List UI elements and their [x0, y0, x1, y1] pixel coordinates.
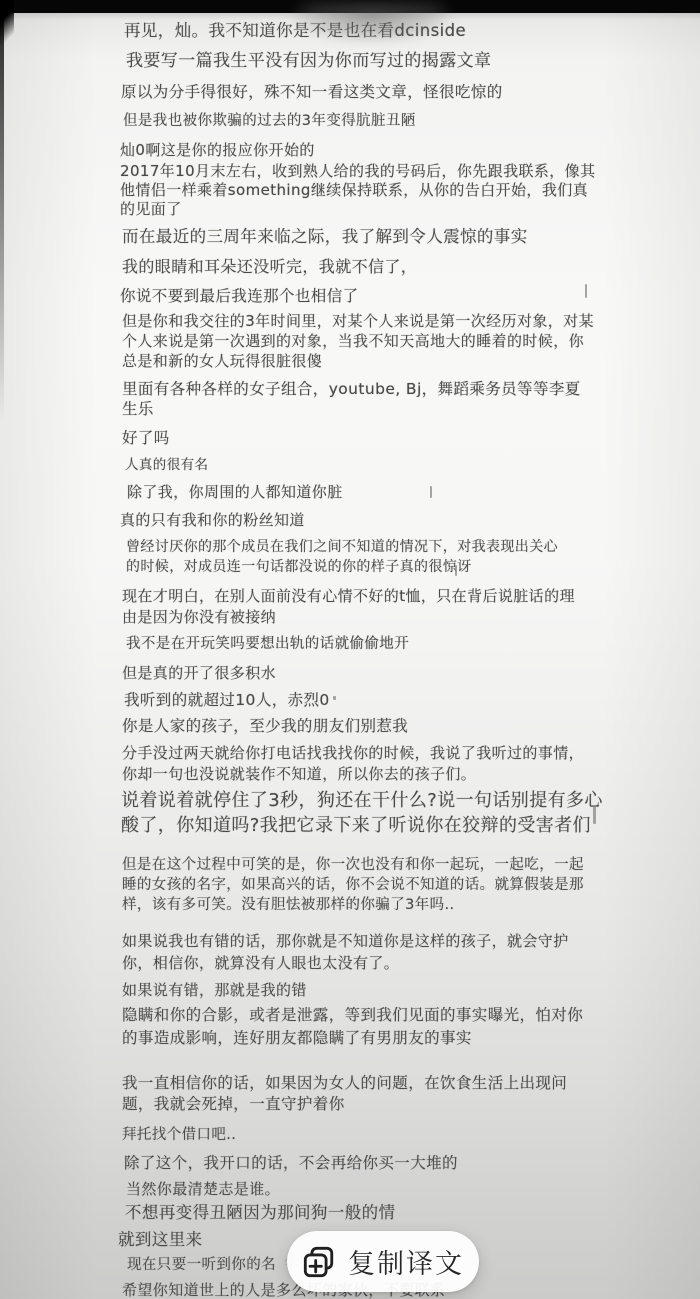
paragraph-14: 除了我，你周围的人都知道你脏: [127, 482, 343, 502]
paragraph-20: 我听到的就超过10人，赤烈0: [124, 690, 330, 711]
photo-edge-shadow: [0, 0, 4, 420]
paragraph-32: 不想再变得丑陋因为那间狗一般的情: [125, 1202, 395, 1224]
paragraph-4: 但是我也被你欺骗的过去的3年变得肮脏丑陋: [123, 112, 416, 131]
paragraph-7: 而在最近的三周年来临之际，我了解到令人震惊的事实: [122, 226, 528, 248]
paragraph-5: 灿0啊这是你的报应你开始的: [120, 140, 315, 160]
photo-smudge: [292, 2, 452, 42]
paragraph-18: 我不是在开玩笑吗要想出轨的话就偷偷地开: [126, 635, 409, 654]
paragraph-6: 2017年10月末左右，收到熟人给的我的号码后，你先跟我联系，像其他情侣一样乘着…: [120, 162, 598, 219]
photo-artifact: [333, 696, 336, 700]
photo-artifact: [593, 806, 596, 824]
paragraph-29: 拜托找个借口吧..: [122, 1126, 236, 1145]
paragraph-9: 你说不要到最后我连那个也相信了: [120, 286, 359, 307]
paragraph-31: 当然你最清楚志是谁。: [126, 1179, 280, 1199]
paragraph-26: 如果说有错，那就是我的错: [122, 980, 307, 1000]
paragraph-27: 隐瞒和你的合影，或者是泄露，等到我们见面的事实曝光，怕对你的事造成影响，连好朋友…: [122, 1004, 592, 1050]
paragraph-3: 原以为分手得很好，殊不知一看这类文章，怪很吃惊的: [121, 82, 503, 103]
paragraph-23: 说着说着就停住了3秒，狗还在干什么?说一句话别提有多心酸了，你知道吗?我把它录下…: [121, 788, 605, 838]
photo-artifact: [430, 486, 432, 498]
copy-translation-button[interactable]: 复制译文: [287, 1231, 479, 1292]
paragraph-22: 分手没过两天就给你打电话找我找你的时候，我说了我听过的事情，你却一句也没说就装作…: [122, 743, 598, 785]
paragraph-2: 我要写一篇我生平没有因为你而写过的揭露文章: [126, 50, 491, 73]
paragraph-16: 曾经讨厌你的那个成员在我们之间不知道的情况下，对我表现出关心的时候，对成员连一句…: [126, 537, 570, 577]
paragraph-17: 现在才明白，在别人面前没有心情不好的t恤，只在背后说脏话的理由是因为你没有被接纳: [122, 586, 580, 628]
paragraph-12: 好了吗: [122, 428, 170, 449]
paragraph-10: 但是你和我交往的3年时间里，对某个人来说是第一次经历对象，对某个人来说是第一次遇…: [122, 311, 598, 371]
photo-artifact: [455, 565, 457, 576]
paragraph-25: 如果说我也有错的话，那你就是不知道你是这样的孩子，就会守护你，相信你，就算没有人…: [122, 930, 592, 974]
copy-translation-label: 复制译文: [348, 1242, 464, 1281]
paragraph-30: 除了这个，我开口的话，不会再给你买一大堆的: [124, 1153, 458, 1174]
paragraph-21: 你是人家的孩子，至少我的朋友们别惹我: [122, 716, 408, 737]
paragraph-33: 就到这里来: [118, 1229, 203, 1251]
paragraph-15: 真的只有我和你的粉丝知道: [120, 510, 305, 530]
paragraph-19: 但是真的开了很多积水: [122, 663, 276, 683]
text-layer: 再见，灿。我不知道你是不是也在看dcinside我要写一篇我生平没有因为你而写过…: [0, 0, 700, 1299]
paragraph-8: 我的眼睛和耳朵还没听完，我就不信了，: [122, 256, 417, 277]
photo-artifact: [585, 284, 587, 298]
paragraph-13: 人真的很有名: [125, 456, 208, 474]
screenshot-canvas: 再见，灿。我不知道你是不是也在看dcinside我要写一篇我生平没有因为你而写过…: [0, 0, 700, 1299]
paragraph-24: 但是在这个过程中可笑的是，你一次也没有和你一起玩，一起吃，一起睡的女孩的名字，如…: [122, 855, 592, 915]
paragraph-28: 我一直相信你的话，如果因为女人的问题，在饮食生活上出现问题，我就会死掉，一直守护…: [122, 1073, 582, 1115]
paragraph-11: 里面有各种各样的女子组合，youtube, Bj，舞蹈乘务员等等李夏生乐: [122, 379, 590, 419]
copy-plus-icon: [302, 1245, 336, 1279]
